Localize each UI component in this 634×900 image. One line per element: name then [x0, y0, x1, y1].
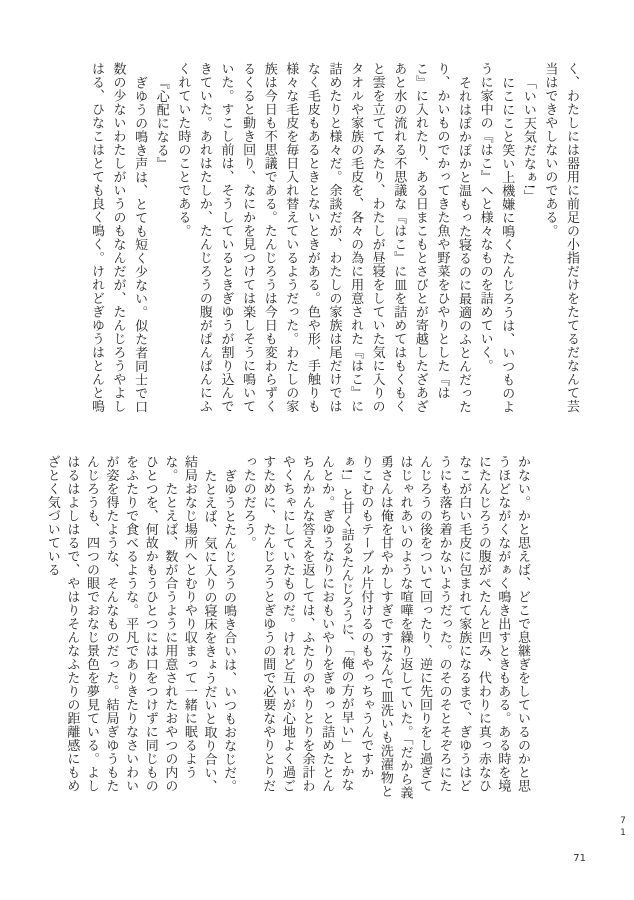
paragraph: ぎゆうとたんじろうの鳴き合いは、いつもおなじだ。: [219, 455, 239, 803]
paragraph: ぎゆうの鳴き声は、とても短く少ない。似た者同士で口数の少ないわたしがいうのもなん…: [85, 62, 150, 416]
paragraph: にこにこと笑い上機嫌に鳴くたんじろうは、いつものように家中の『はこ』へと様々なも…: [474, 62, 517, 416]
paragraph-continuation: かない。かと思えば、どこで息継ぎをしているのかと思うほどながくながぁく鳴き出すと…: [238, 455, 532, 803]
lower-text-block: かない。かと思えば、どこで息継ぎをしているのかと思うほどながくながぁく鳴き出すと…: [80, 455, 532, 803]
paragraph-thought: 『心配になる』: [150, 62, 172, 416]
paragraph: それはぽかぽかと温もった寝るのに最適のふとんだったり、かいものでかってきた魚や野…: [172, 62, 474, 416]
paragraph-dialogue: 「いい天気だなぁ!」: [517, 62, 539, 416]
book-page: く、わたしには器用に前足の小指だけをたてるだなんて芸当はできやしないのである。 …: [0, 0, 634, 900]
paragraph: たとえば、気に入りの寝床をきょうだいと取り合い、結局おなじ場所へとむりやり収まっ…: [42, 455, 218, 803]
side-page-number: 71: [618, 816, 628, 840]
upper-text-block: く、わたしには器用に前足の小指だけをたてるだなんて芸当はできやしないのである。 …: [82, 62, 582, 416]
footer-page-number: 71: [573, 853, 586, 864]
paragraph-continuation: く、わたしには器用に前足の小指だけをたてるだなんて芸当はできやしないのである。: [539, 62, 582, 416]
